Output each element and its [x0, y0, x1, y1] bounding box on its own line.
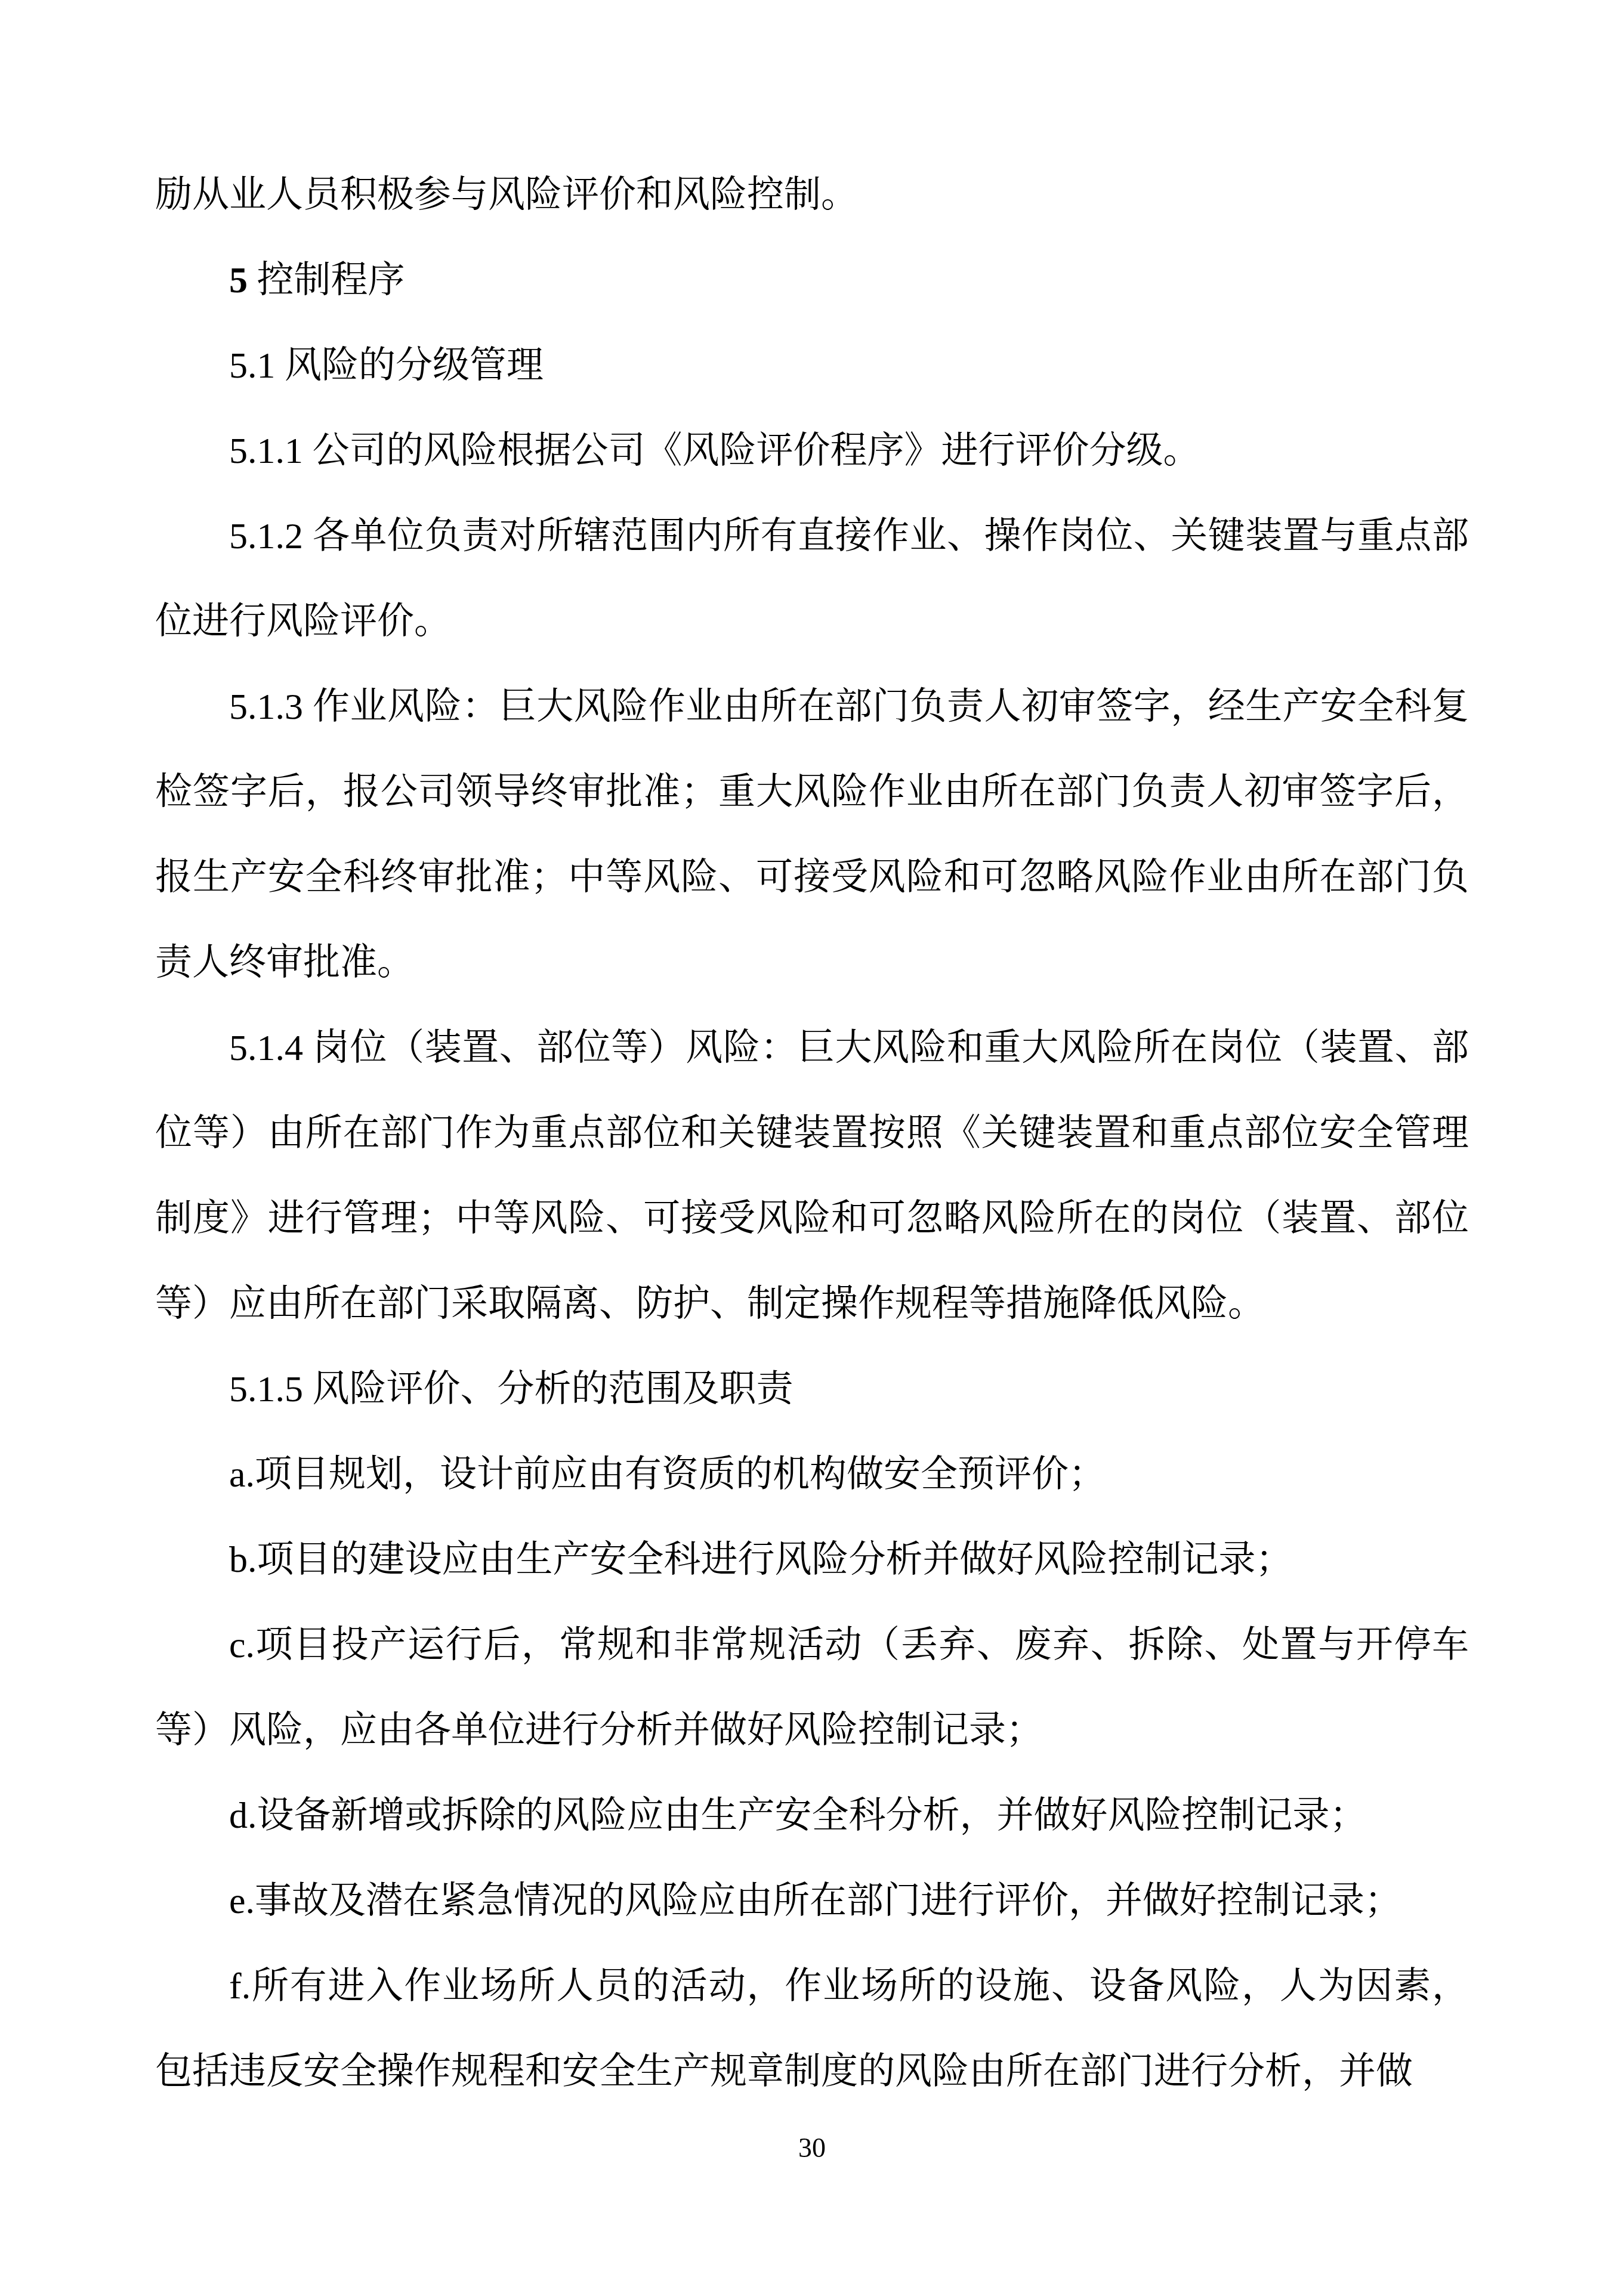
paragraph-5: 5 控制程序	[155, 238, 1469, 323]
paragraph-text: 项目规划，设计前应由有资质的机构做安全预评价；	[255, 1454, 1106, 1495]
paragraph-number-gap	[303, 1028, 313, 1068]
paragraph-e: e.事故及潜在紧急情况的风险应由所在部门进行评价，并做好控制记录；	[155, 1859, 1469, 1944]
paragraph-5.1.4: 5.1.4 岗位（装置、部位等）风险：巨大风险和重大风险所在岗位（装置、部位等）…	[155, 1006, 1469, 1347]
paragraph-text: 作业风险：巨大风险作业由所在部门负责人初审签字，经生产安全科复检签字后，报公司领…	[155, 687, 1469, 983]
document-body: 励从业人员积极参与风险评价和风险控制。 5 控制程序 5.1 风险的分级管理 5…	[155, 153, 1469, 2115]
paragraph-number: d.	[229, 1796, 257, 1836]
paragraph-number: 5.1.3	[229, 687, 303, 727]
paragraph-text: 各单位负责对所辖范围内所有直接作业、操作岗位、关键装置与重点部位进行风险评价。	[155, 516, 1469, 642]
paragraph-5.1.1: 5.1.1 公司的风险根据公司《风险评价程序》进行评价分级。	[155, 409, 1469, 494]
document-page: 励从业人员积极参与风险评价和风险控制。 5 控制程序 5.1 风险的分级管理 5…	[0, 0, 1624, 2296]
paragraph-5.1: 5.1 风险的分级管理	[155, 323, 1469, 409]
paragraph-continuation: 励从业人员积极参与风险评价和风险控制。	[155, 153, 1469, 238]
paragraph-text: 所有进入作业场所人员的活动，作业场所的设施、设备风险，人为因素，包括违反安全操作…	[155, 1966, 1469, 2092]
paragraph-a: a.项目规划，设计前应由有资质的机构做安全预评价；	[155, 1432, 1469, 1518]
paragraph-text: 项目的建设应由生产安全科进行风险分析并做好风险控制记录；	[257, 1540, 1293, 1580]
paragraph-number: 5.1	[229, 345, 276, 386]
paragraph-f: f.所有进入作业场所人员的活动，作业场所的设施、设备风险，人为因素，包括违反安全…	[155, 1944, 1469, 2115]
paragraph-number-gap	[303, 431, 313, 471]
paragraph-number: 5.1.4	[229, 1028, 303, 1068]
paragraph-number: 5.1.2	[229, 516, 303, 557]
paragraph-text: 设备新增或拆除的风险应由生产安全科分析，并做好风险控制记录；	[257, 1796, 1367, 1836]
paragraph-number: e.	[229, 1881, 255, 1921]
paragraph-text: 励从业人员积极参与风险评价和风险控制。	[155, 175, 858, 215]
paragraph-number: c.	[229, 1625, 255, 1665]
paragraph-text: 控制程序	[257, 260, 405, 301]
paragraph-text: 风险的分级管理	[285, 345, 544, 386]
paragraph-number: f.	[229, 1966, 251, 2007]
paragraph-b: b.项目的建设应由生产安全科进行风险分析并做好风险控制记录；	[155, 1518, 1469, 1603]
paragraph-number-gap	[303, 516, 313, 557]
paragraph-number-gap	[276, 345, 285, 386]
paragraph-number: 5	[229, 260, 248, 301]
paragraph-text: 事故及潜在紧急情况的风险应由所在部门进行评价，并做好控制记录；	[255, 1881, 1401, 1921]
page-number: 30	[0, 2131, 1624, 2165]
paragraph-number-gap	[248, 260, 257, 301]
paragraph-5.1.3: 5.1.3 作业风险：巨大风险作业由所在部门负责人初审签字，经生产安全科复检签字…	[155, 665, 1469, 1006]
paragraph-5.1.5: 5.1.5 风险评价、分析的范围及职责	[155, 1347, 1469, 1432]
paragraph-number-gap	[303, 687, 313, 727]
paragraph-text: 岗位（装置、部位等）风险：巨大风险和重大风险所在岗位（装置、部位等）由所在部门作…	[155, 1028, 1469, 1324]
paragraph-d: d.设备新增或拆除的风险应由生产安全科分析，并做好风险控制记录；	[155, 1773, 1469, 1859]
paragraph-number: 5.1.5	[229, 1369, 303, 1410]
paragraph-number: b.	[229, 1540, 257, 1580]
paragraph-5.1.2: 5.1.2 各单位负责对所辖范围内所有直接作业、操作岗位、关键装置与重点部位进行…	[155, 494, 1469, 665]
paragraph-text: 风险评价、分析的范围及职责	[313, 1369, 794, 1410]
paragraph-c: c.项目投产运行后，常规和非常规活动（丢弃、废弃、拆除、处置与开停车等）风险，应…	[155, 1603, 1469, 1773]
paragraph-number: 5.1.1	[229, 431, 303, 471]
paragraph-text: 公司的风险根据公司《风险评价程序》进行评价分级。	[313, 431, 1200, 471]
paragraph-text: 项目投产运行后，常规和非常规活动（丢弃、废弃、拆除、处置与开停车等）风险，应由各…	[155, 1625, 1469, 1751]
paragraph-number: a.	[229, 1454, 255, 1495]
paragraph-number-gap	[303, 1369, 313, 1410]
